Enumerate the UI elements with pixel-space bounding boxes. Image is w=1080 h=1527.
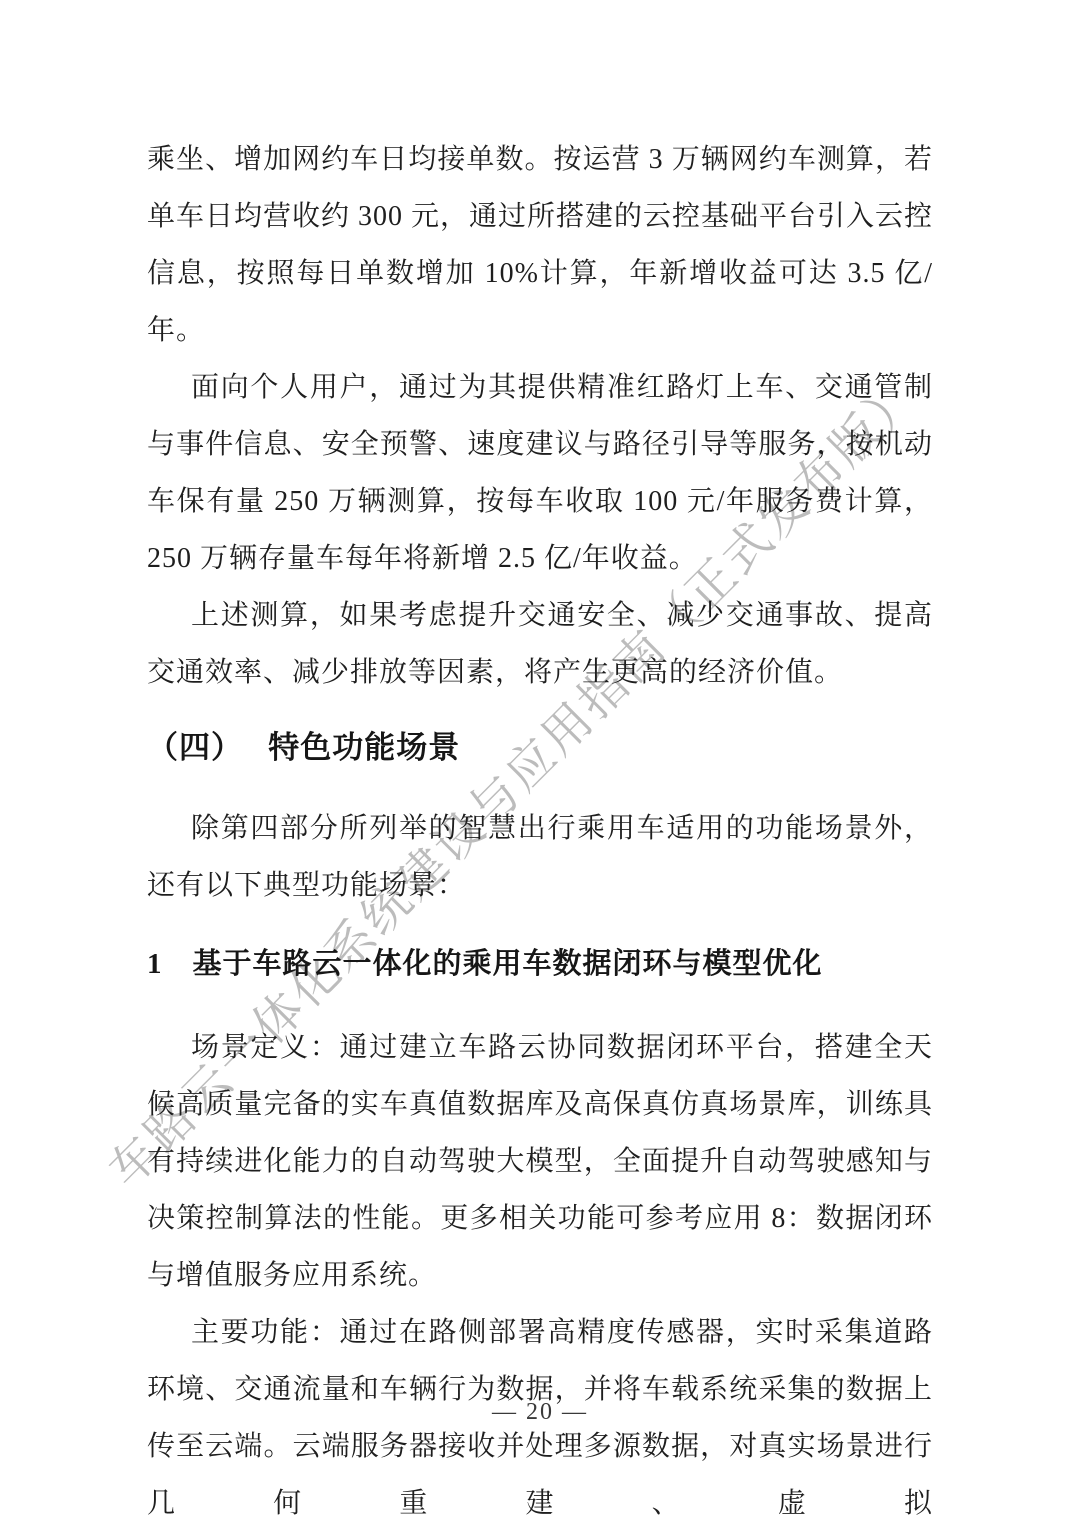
paragraph-ridehailing-revenue: 乘坐、增加网约车日均接单数。按运营 3 万辆网约车测算，若单车日均营收约 300… xyxy=(147,131,933,359)
paragraph-economic-value: 上述测算，如果考虑提升交通安全、减少交通事故、提高交通效率、减少排放等因素，将产… xyxy=(147,587,933,701)
page-number: — 20 — xyxy=(0,1399,1080,1426)
subsection-heading-1: 1 基于车路云一体化的乘用车数据闭环与模型优化 xyxy=(147,936,933,993)
section-heading-4: （四） 特色功能场景 xyxy=(147,719,933,776)
page-body: 乘坐、增加网约车日均接单数。按运营 3 万辆网约车测算，若单车日均营收约 300… xyxy=(147,131,933,1527)
paragraph-scenario-intro: 除第四部分所列举的智慧出行乘用车适用的功能场景外，还有以下典型功能场景： xyxy=(147,800,933,914)
paragraph-individual-users: 面向个人用户，通过为其提供精准红路灯上车、交通管制与事件信息、安全预警、速度建议… xyxy=(147,359,933,587)
document-page: 车路云一体化系统建设与应用指南（正式发布版） 乘坐、增加网约车日均接单数。按运营… xyxy=(0,0,1080,1527)
paragraph-scene-definition: 场景定义：通过建立车路云协同数据闭环平台，搭建全天候高质量完备的实车真值数据库及… xyxy=(147,1019,933,1304)
